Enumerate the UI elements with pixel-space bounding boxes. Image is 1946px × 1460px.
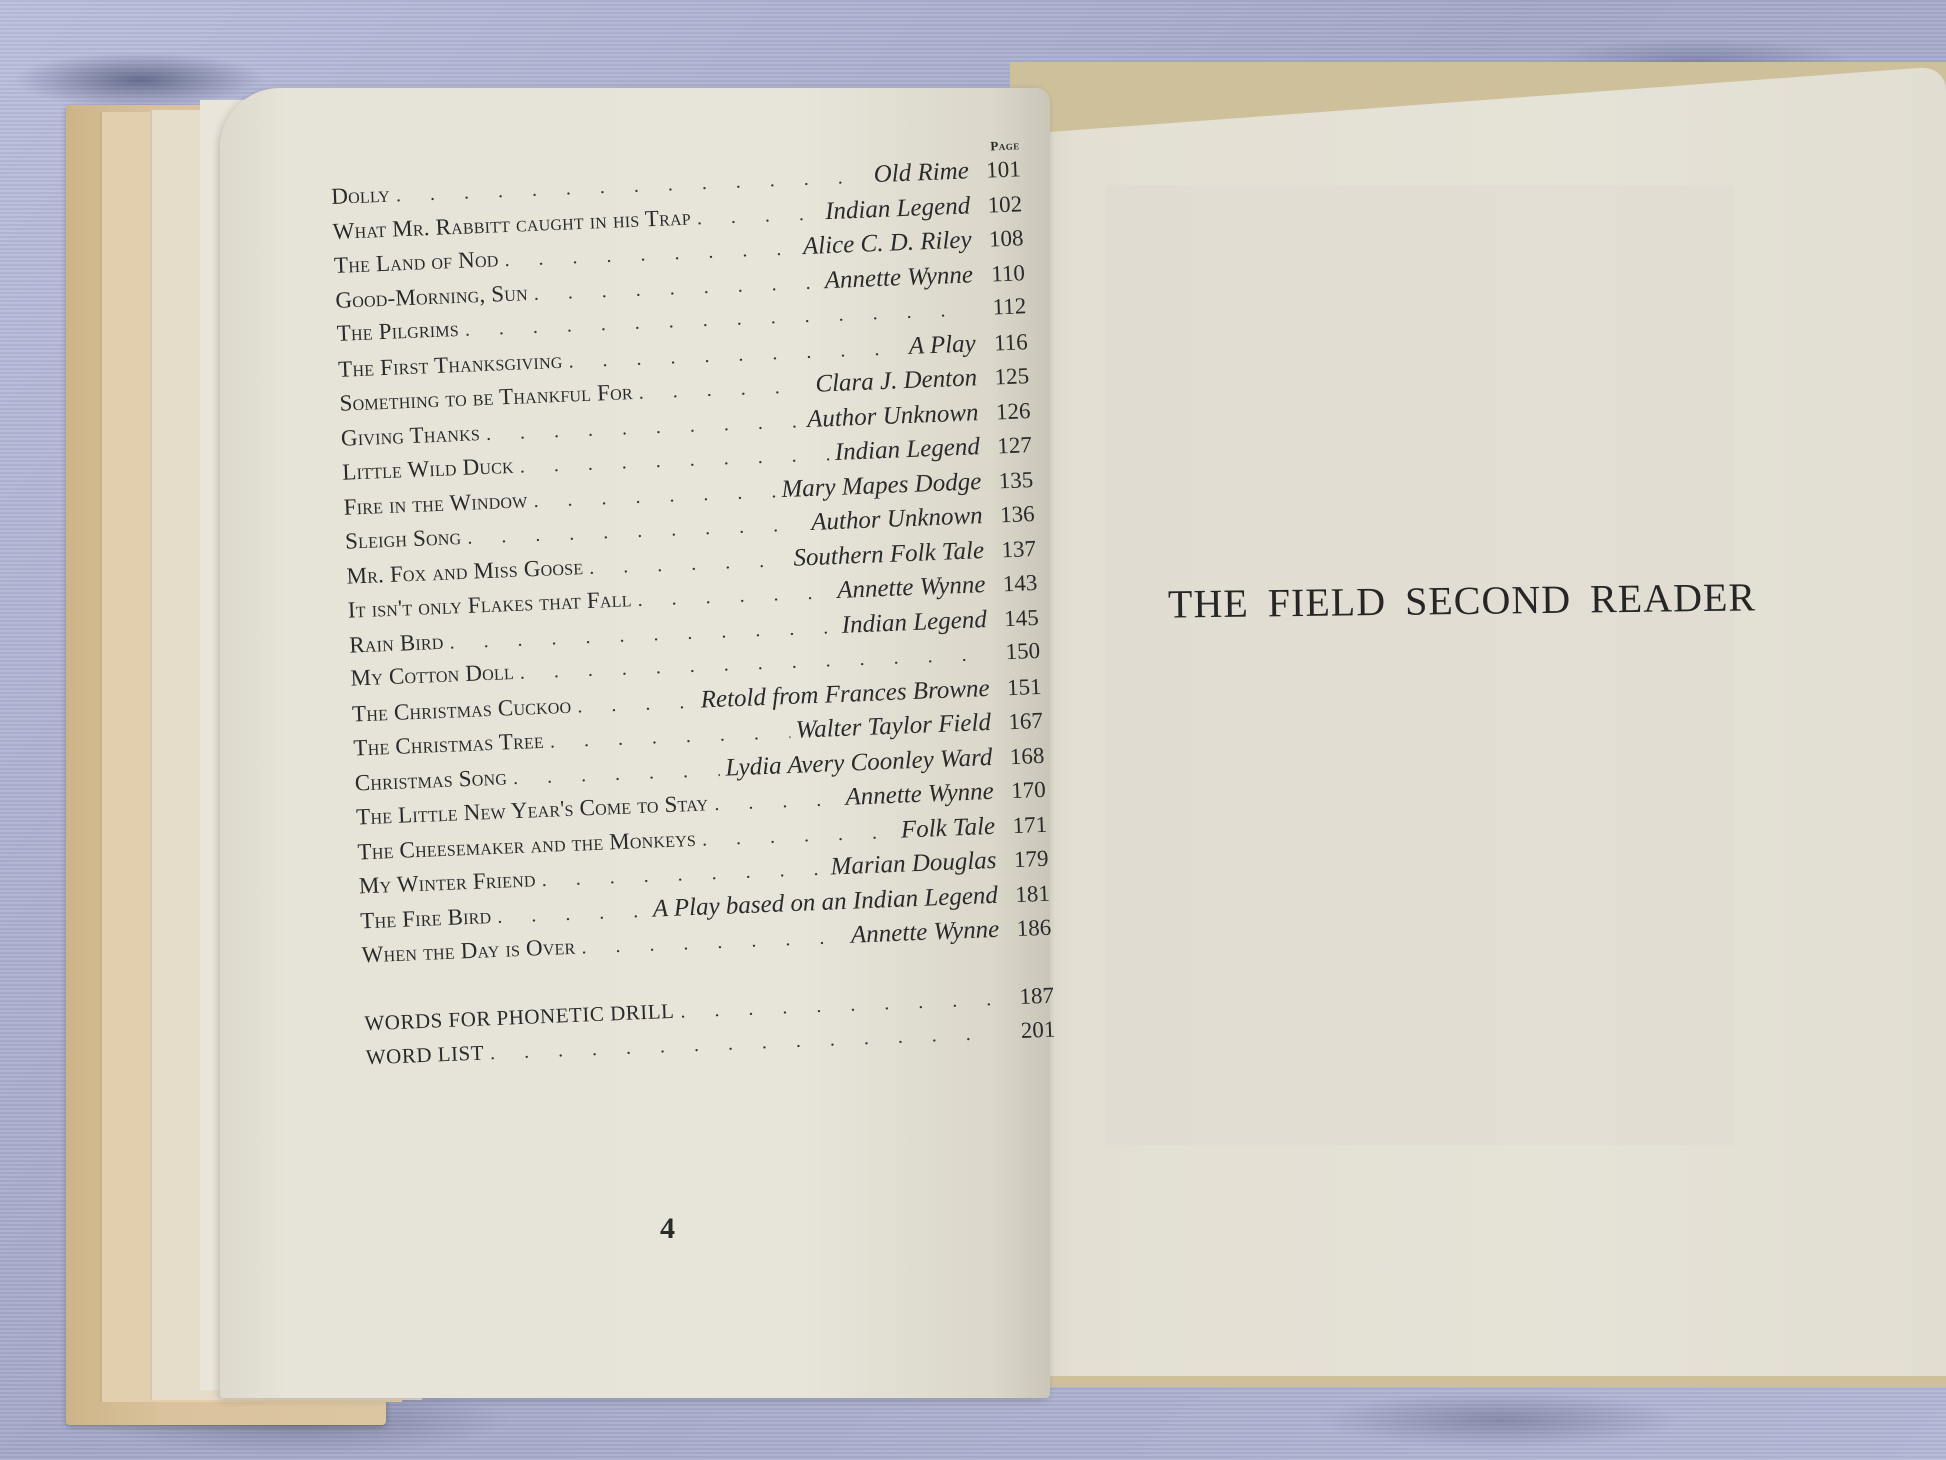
dot-leader: . . . . . . . . . . . . . . . . . . . . … bbox=[533, 480, 776, 513]
entry-author: Marian Douglas bbox=[830, 847, 997, 882]
entry-title: Little Wild Duck bbox=[342, 453, 514, 486]
entry-author: Folk Tale bbox=[900, 812, 995, 844]
entry-page-number: 150 bbox=[988, 638, 1041, 666]
dot-leader: . . . . . . . . . . . . . . . . . . . . … bbox=[702, 820, 896, 851]
entry-title: My Cotton Doll bbox=[350, 659, 514, 692]
entry-page-number: 127 bbox=[979, 432, 1032, 460]
dot-leader: . . . . . . . . . . . . . . . . . . . . … bbox=[714, 788, 840, 816]
dot-leader: . . . . . . . . . . . . . . . . . . . . … bbox=[638, 375, 810, 405]
entry-title: The Christmas Tree bbox=[353, 728, 544, 762]
entry-author: Annette Wynne bbox=[845, 778, 994, 812]
entry-author: A Play bbox=[908, 330, 976, 361]
entry-page-number: 179 bbox=[996, 846, 1049, 874]
entry-author: Alice C. D. Riley bbox=[802, 226, 972, 261]
entry-page-number: 171 bbox=[995, 811, 1048, 839]
entry-author: Indian Legend bbox=[825, 192, 971, 226]
entry-page-number: 168 bbox=[992, 742, 1045, 770]
entry-page-number: 143 bbox=[985, 570, 1038, 598]
entry-title: My Winter Friend bbox=[358, 866, 536, 899]
entry-page-number: 101 bbox=[968, 156, 1021, 184]
entry-title: Fire in the Window bbox=[343, 487, 528, 520]
entry-title: The Pilgrims bbox=[336, 316, 459, 347]
entry-author: Indian Legend bbox=[834, 433, 980, 467]
dot-leader: . . . . . . . . . . . . . . . . . . . . … bbox=[504, 237, 797, 272]
entry-title: The Land of Nod bbox=[334, 246, 499, 279]
table-of-contents: Page Dolly . . . . . . . . . . . . . . .… bbox=[330, 137, 1056, 1078]
entry-page-number: 167 bbox=[990, 708, 1043, 736]
dot-leader: . . . . . . . . . . . . . . . . . . . . … bbox=[541, 858, 825, 892]
entry-author: Annette Wynne bbox=[824, 261, 973, 295]
entry-title: Giving Thanks bbox=[340, 420, 480, 452]
entry-title: Dolly bbox=[331, 182, 391, 210]
right-page-tone bbox=[1105, 185, 1735, 1145]
dot-leader: . . . . . . . . . . . . . . . . . . . . … bbox=[696, 202, 819, 230]
dot-leader: . . . . . . . . . . . . . . . . . . . . … bbox=[549, 721, 790, 754]
entry-page-number: 170 bbox=[993, 777, 1046, 805]
entry-author: Author Unknown bbox=[807, 399, 980, 434]
entry-page-number: 181 bbox=[997, 880, 1050, 908]
entry-title: Christmas Song bbox=[354, 764, 507, 796]
dot-leader: . . . . . . . . . . . . . . . . . . . . … bbox=[637, 581, 832, 612]
entry-title: Word List bbox=[365, 1041, 484, 1071]
entry-page-number: 201 bbox=[1003, 1017, 1056, 1045]
dot-leader: . . . . . . . . . . . . . . . . . . . . … bbox=[589, 548, 788, 579]
entry-title: The Fire Bird bbox=[360, 903, 492, 934]
entry-page-number: 145 bbox=[986, 604, 1039, 632]
page-number: 4 bbox=[660, 1212, 675, 1246]
entry-author: Author Unknown bbox=[811, 502, 984, 537]
entry-title: Rain Bird bbox=[349, 628, 444, 658]
entry-page-number: 112 bbox=[974, 293, 1027, 321]
entry-author: Old Rime bbox=[873, 157, 969, 189]
dot-leader: . . . . . . . . . . . . . . . . . . . . … bbox=[581, 926, 846, 960]
entry-page-number: 116 bbox=[975, 329, 1028, 357]
entry-author: Clara J. Denton bbox=[815, 364, 978, 398]
entry-page-number: 151 bbox=[989, 673, 1042, 701]
entry-page-number: 186 bbox=[999, 915, 1052, 943]
entry-page-number: 137 bbox=[983, 535, 1036, 563]
entry-page-number: 136 bbox=[982, 501, 1035, 529]
entry-page-number: 135 bbox=[981, 467, 1034, 495]
entry-page-number: 110 bbox=[972, 260, 1025, 288]
entry-page-number: 187 bbox=[1001, 982, 1054, 1010]
dot-leader: . . . . . . . . . . . . . . . . . . . . … bbox=[533, 271, 819, 305]
dot-leader: . . . . . . . . . . . . . . . . . . . . … bbox=[497, 899, 648, 928]
entry-page-number: 108 bbox=[971, 225, 1024, 253]
entry-page-number: 126 bbox=[978, 398, 1031, 426]
entry-page-number: 125 bbox=[977, 363, 1030, 391]
dot-leader: . . . . . . . . . . . . . . . . . . . . … bbox=[577, 690, 695, 718]
dot-leader: . . . . . . . . . . . . . . . . . . . . … bbox=[513, 758, 720, 789]
entry-title: Sleigh Song bbox=[345, 524, 462, 555]
entry-title: Good-Morning, Sun bbox=[335, 280, 528, 314]
entry-author: Annette Wynne bbox=[850, 916, 999, 950]
book-half-title: THE FIELD SECOND READER bbox=[1168, 573, 1757, 627]
entry-author: Annette Wynne bbox=[837, 571, 986, 605]
entry-page-number: 102 bbox=[970, 191, 1023, 219]
entry-author: Indian Legend bbox=[841, 606, 987, 640]
